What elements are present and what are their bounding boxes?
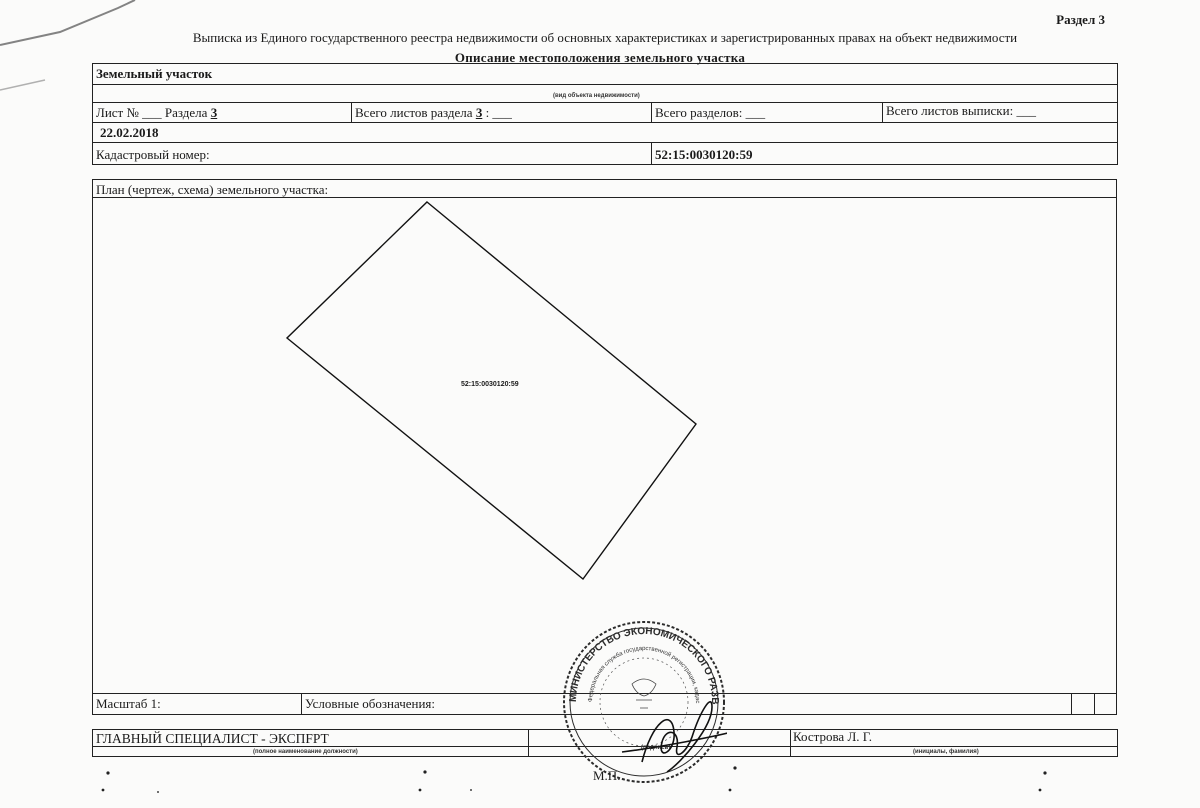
scan-artifacts [0,0,1200,808]
